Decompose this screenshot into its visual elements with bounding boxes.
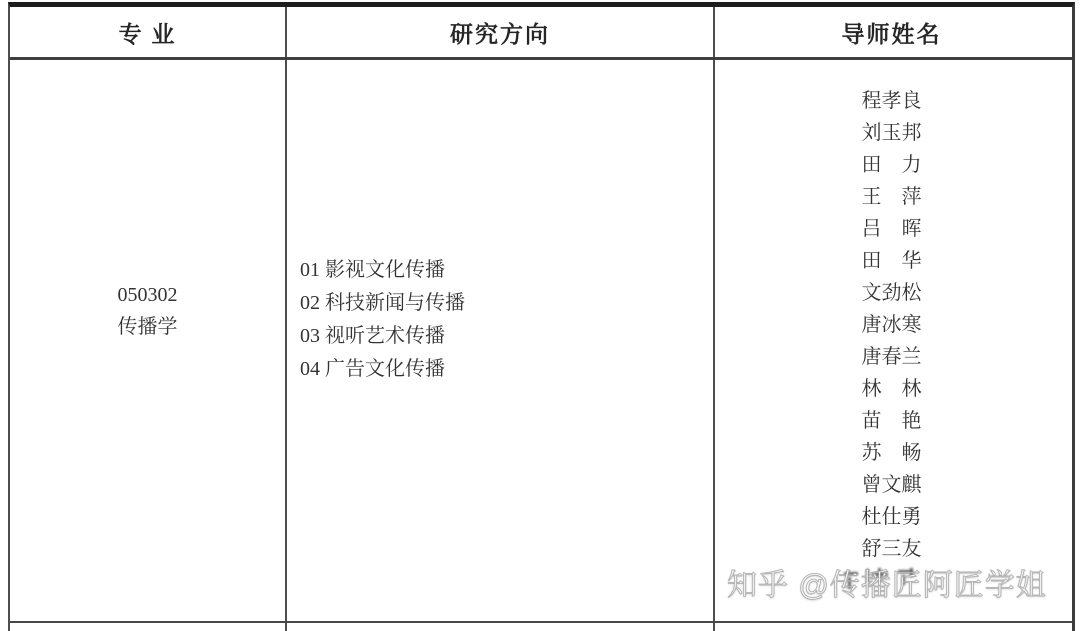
table-header-row: 专 业 研究方向 导师姓名 xyxy=(10,7,1072,60)
research-directions-cell: 01 影视文化传播 02 科技新闻与传播 03 视听艺术传播 04 广告文化传播 xyxy=(287,60,715,621)
advisor-name: 刘玉邦 xyxy=(862,117,922,149)
majors-table: 专 业 研究方向 导师姓名 050302 传播学 01 影视文化传播 02 科技… xyxy=(8,2,1075,631)
advisor-name: 唐冰寒 xyxy=(862,309,922,341)
advisor-name: 文劲松 xyxy=(862,277,922,309)
advisor-name: 苗 艳 xyxy=(862,405,922,437)
advisor-name: 田 力 xyxy=(862,149,922,181)
research-direction-item: 01 影视文化传播 xyxy=(300,254,465,287)
advisor-name: 舒三友 xyxy=(862,533,922,565)
header-research-direction: 研究方向 xyxy=(287,7,715,57)
advisor-name: 林 林 xyxy=(862,373,922,405)
table-row: 050302 传播学 01 影视文化传播 02 科技新闻与传播 03 视听艺术传… xyxy=(10,60,1072,623)
research-direction-item: 04 广告文化传播 xyxy=(300,353,465,386)
major-name: 传播学 xyxy=(118,311,178,343)
header-advisor-name: 导师姓名 xyxy=(715,7,1068,57)
advisor-name: 唐春兰 xyxy=(862,341,922,373)
header-major: 专 业 xyxy=(10,7,287,57)
research-direction-item: 02 科技新闻与传播 xyxy=(300,287,465,320)
advisor-name: 吕 晖 xyxy=(862,213,922,245)
research-direction-item: 03 视听艺术传播 xyxy=(300,320,465,353)
advisor-name: 王 萍 xyxy=(862,181,922,213)
advisor-name: 杜仕勇 xyxy=(862,501,922,533)
advisor-name: 程孝良 xyxy=(862,85,922,117)
advisor-name: 田 华 xyxy=(862,245,922,277)
advisor-name: 苏 畅 xyxy=(862,437,922,469)
next-row-partial xyxy=(10,623,1072,631)
major-code: 050302 xyxy=(118,279,178,311)
major-cell: 050302 传播学 xyxy=(10,60,287,621)
obscured-advisor-name-fragments xyxy=(842,565,942,597)
advisors-cell: 程孝良 刘玉邦 田 力 王 萍 吕 晖 田 华 文劲松 唐冰寒 唐春兰 林 林 … xyxy=(715,60,1068,621)
advisor-name: 曾文麒 xyxy=(862,469,922,501)
